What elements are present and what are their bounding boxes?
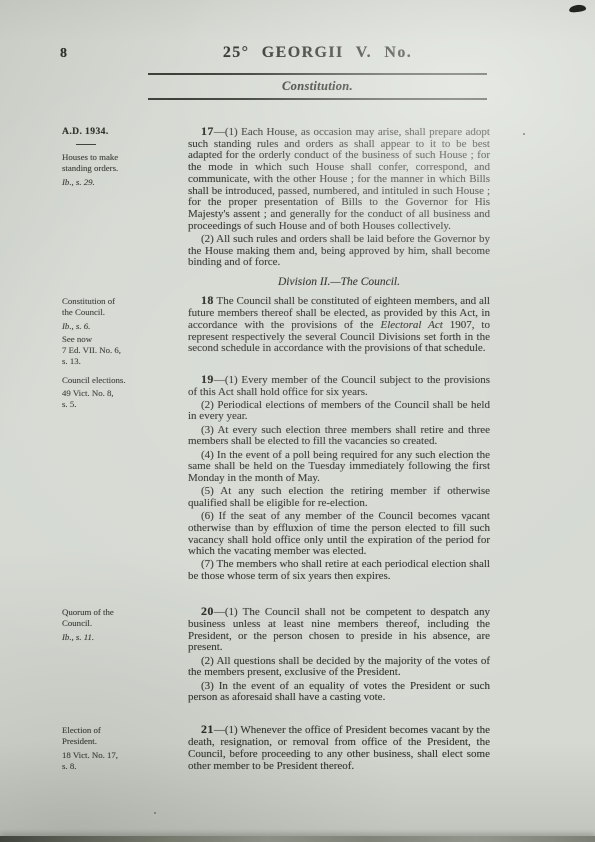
paper-stain: [443, 299, 447, 302]
margin-note-section-17: A.D. 1934. Houses to make standing order…: [58, 126, 188, 270]
header-rule-bottom: [148, 98, 487, 100]
page-body: A.D. 1934. Houses to make standing order…: [58, 126, 490, 774]
margin-note-line: Council.: [62, 618, 176, 629]
scan-ink-mark: [569, 4, 587, 13]
paragraph-19-7: (7) The members who shall retire at each…: [188, 559, 490, 582]
margin-citation: s. 5.: [62, 399, 176, 410]
margin-note-section-21: Election of President. 18 Vict. No. 17, …: [58, 724, 188, 773]
paragraph-17-2: (2) All such rules and orders shall be l…: [188, 234, 490, 269]
margin-citation: 18 Vict. No. 17,: [62, 750, 176, 761]
section-19: Council elections. 49 Vict. No. 8, s. 5.…: [58, 374, 490, 584]
paragraph-21-1: 21—(1) Whenever the office of President …: [188, 724, 490, 772]
section-18: Constitution of the Council. Ib., s. 6. …: [58, 295, 490, 366]
scanned-statute-page: 8 25° GEORGII V. No. Constitution. A.D. …: [0, 0, 595, 842]
margin-note-line: Council elections.: [62, 375, 176, 386]
paragraph-text: —(1) The Council shall not be competent …: [188, 606, 490, 653]
paragraph-20-2: (2) All questions shall be decided by th…: [188, 656, 490, 679]
margin-note-line: the Council.: [62, 307, 176, 318]
margin-note-line: Constitution of: [62, 296, 176, 307]
scan-edge-shadow: [0, 836, 595, 842]
paragraph-text: —(1) Every member of the Council subject…: [188, 374, 490, 398]
paragraph-text: —(1) Each House, as occasion may arise, …: [188, 126, 490, 232]
section-20: Quorum of the Council. Ib., s. 11. 20—(1…: [58, 606, 490, 705]
paragraph-19-4: (4) In the event of a poll being require…: [188, 450, 490, 485]
margin-note-section-20: Quorum of the Council. Ib., s. 11.: [58, 606, 188, 705]
page-subtitle: Constitution.: [148, 79, 487, 94]
act-name-italic: Electoral Act: [380, 319, 442, 331]
margin-note-line: Quorum of the: [62, 607, 176, 618]
header-rule-top: [148, 73, 487, 75]
margin-dash-rule: [76, 144, 96, 146]
division-heading: Division II.—The Council.: [188, 276, 490, 288]
margin-see-now-line: s. 13.: [62, 356, 176, 367]
paragraph-19-2: (2) Periodical elections of members of t…: [188, 400, 490, 423]
paper-speck: [523, 133, 525, 135]
paragraph-19-6: (6) If the seat of any member of the Cou…: [188, 511, 490, 558]
margin-see-now-line: See now: [62, 334, 176, 345]
paragraph-18: 18 The Council shall be constituted of e…: [188, 295, 490, 355]
section-20-text: 20—(1) The Council shall not be competen…: [188, 606, 490, 705]
section-number: 18: [201, 293, 214, 307]
section-21: Election of President. 18 Vict. No. 17, …: [58, 724, 490, 773]
paper-speck: [466, 519, 468, 521]
margin-note-line: President.: [62, 736, 176, 747]
margin-see-now-line: 7 Ed. VII. No. 6,: [62, 345, 176, 356]
margin-note-line: Houses to make: [62, 152, 176, 163]
paragraph-20-3: (3) In the event of an equality of votes…: [188, 681, 490, 704]
margin-citation: Ib., s. 6.: [62, 321, 176, 332]
paper-speck: [154, 812, 156, 814]
paragraph-17-1: 17—(1) Each House, as occasion may arise…: [188, 126, 490, 232]
margin-year-label: A.D. 1934.: [62, 127, 176, 138]
margin-citation: Ib., s. 11.: [62, 632, 176, 643]
margin-citation: Ib., s. 29.: [62, 177, 176, 188]
margin-note-section-18: Constitution of the Council. Ib., s. 6. …: [58, 295, 188, 366]
paragraph-19-3: (3) At every such election three members…: [188, 425, 490, 448]
margin-note-line: standing orders.: [62, 163, 176, 174]
margin-citation: s. 8.: [62, 761, 176, 772]
section-number: 17: [201, 124, 214, 138]
paragraph-19-5: (5) At any such election the retiring me…: [188, 486, 490, 509]
margin-note-section-19: Council elections. 49 Vict. No. 8, s. 5.: [58, 374, 188, 584]
section-17: A.D. 1934. Houses to make standing order…: [58, 126, 490, 270]
section-18-text: 18 The Council shall be constituted of e…: [188, 295, 490, 366]
paragraph-text: —(1) Whenever the office of President be…: [188, 724, 490, 771]
section-number: 20: [201, 604, 214, 618]
section-number: 21: [201, 722, 214, 736]
paragraph-19-1: 19—(1) Every member of the Council subje…: [188, 374, 490, 398]
section-21-text: 21—(1) Whenever the office of President …: [188, 724, 490, 773]
section-17-text: 17—(1) Each House, as occasion may arise…: [188, 126, 490, 270]
section-number: 19: [201, 372, 214, 386]
margin-citation: 49 Vict. No. 8,: [62, 388, 176, 399]
margin-note-line: Election of: [62, 725, 176, 736]
page-title: 25° GEORGII V. No.: [148, 44, 487, 62]
paragraph-20-1: 20—(1) The Council shall not be competen…: [188, 606, 490, 654]
section-19-text: 19—(1) Every member of the Council subje…: [188, 374, 490, 584]
page-number: 8: [60, 46, 67, 62]
